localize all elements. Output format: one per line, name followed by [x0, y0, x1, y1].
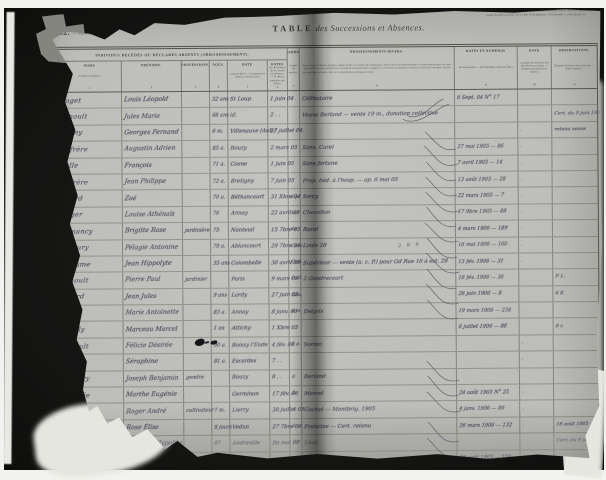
cell-certificat: .	[519, 302, 553, 318]
cell-lieu-deces: Annay	[229, 206, 269, 222]
cell-date-deces: 15 7bre 05	[269, 222, 289, 238]
cell-prenoms: Jean Hippolyte	[123, 256, 183, 272]
cell-certificat: .	[519, 188, 553, 204]
cell-age: 6 m.	[210, 124, 228, 140]
cell-date-deces: 17 fév. 06	[270, 386, 290, 402]
cell-age: 8 jours	[212, 419, 230, 435]
cell-observations	[553, 253, 598, 269]
cell-prenoms: Brigitte Rose	[123, 223, 183, 239]
cell-renseignements	[302, 320, 457, 336]
cell-lieu-deces: Boissy l'Eude	[230, 337, 270, 353]
cell-heritiers: 1er	[290, 435, 302, 450]
cell-prenoms: Séraphine	[124, 354, 184, 370]
cell-prenoms: Pélagie Antonine	[123, 239, 183, 255]
cell-prenoms: Marie Antoinette	[123, 305, 183, 321]
cell-lieu-deces: Bouligny	[231, 468, 271, 480]
cell-age: 87	[212, 436, 230, 452]
cell-certificat	[520, 319, 554, 335]
cell-certificat: .	[518, 155, 552, 171]
col-header-nombre-heritiers: NOMBRE et degré des héritiers. 7	[288, 48, 300, 90]
cell-certificat: .	[520, 384, 554, 400]
cell-lieu-deces: Lierry	[230, 403, 270, 419]
cell-age: 83 a.	[211, 305, 229, 321]
cell-certificat	[520, 434, 554, 450]
cell-date-deces: fin mai 05	[270, 435, 290, 451]
cell-profession	[184, 354, 212, 370]
cell-profession: jardinière	[183, 223, 211, 239]
cell-heritiers: Cult.	[289, 255, 301, 270]
cell-age: 70 a.	[211, 190, 229, 206]
cell-age: 84	[213, 469, 231, 480]
cell-date-deces: 27 7bre 06	[270, 419, 290, 435]
cell-heritiers: Gen.	[289, 288, 301, 303]
cell-observations	[553, 171, 598, 187]
col-header-prenoms: PRÉNOMS. 2	[122, 61, 182, 91]
cell-age: 75	[211, 223, 229, 239]
cell-renseignements: Célibataire	[300, 90, 455, 106]
cell-lieu-deces: Villenauxe (Aub.)	[228, 124, 268, 140]
cell-age	[212, 370, 230, 386]
cell-renseignements: Veuve Berland — vente 19 m., donation co…	[300, 106, 455, 122]
cell-lieu-deces: Lardy	[229, 288, 269, 304]
cell-heritiers: 6 m.	[289, 304, 301, 319]
cell-profession: jardinier	[183, 272, 211, 288]
cell-profession	[183, 239, 211, 255]
cell-lieu-deces: Colombelle	[229, 255, 269, 271]
successions-table: NUMÉROS d'ordre. INDIVIDUS DÉCÉDÉS OU DÉ…	[41, 43, 601, 480]
cell-date-deces: 29 7bre 04	[269, 239, 289, 255]
cell-profession	[182, 157, 210, 173]
cell-declaration: 22 mars 1905 — 7	[456, 188, 519, 204]
cell-lieu-deces: Annay	[229, 304, 269, 320]
col-header-observations: OBSERVATIONS. (Résultats ultérieurs des …	[552, 46, 597, 88]
cell-lieu-deces: Paris	[229, 272, 269, 288]
cell-certificat	[520, 368, 554, 384]
cell-certificat: .	[519, 204, 553, 220]
cell-declaration: 13 août 1905 — 28	[456, 172, 519, 188]
cell-lieu-deces: St Loup	[228, 91, 268, 107]
cell-prenoms: Jean Philippe	[123, 174, 183, 190]
cell-age: 76	[211, 206, 229, 222]
cell-observations	[552, 89, 597, 105]
cell-profession	[184, 420, 212, 436]
col-header-professions: PROFESSIONS. 3	[182, 61, 210, 91]
cell-prenoms: Félicie Désirée	[124, 338, 184, 354]
cell-declaration	[457, 434, 520, 450]
page-title: TABLE des Successions et Absences.	[272, 22, 424, 33]
cell-prenoms: Marthe Eugénie	[124, 387, 184, 403]
cell-heritiers: 5 p.	[290, 337, 302, 352]
cell-renseignements: Chevallon	[301, 205, 456, 221]
cell-profession	[185, 469, 213, 480]
cell-declaration: 6 Sept. 04 N° 17	[455, 90, 518, 106]
cell-date-deces: 27 juillet 04	[268, 124, 288, 140]
cell-date-deces: 1 Xbre 05	[270, 321, 290, 337]
cell-lieu-deces: Béthancourt	[229, 190, 269, 206]
cell-observations	[554, 368, 599, 384]
cell-renseignements: Luzy	[302, 434, 457, 450]
cell-date-deces: 2 . .	[268, 108, 288, 124]
cell-prenoms: François	[122, 158, 182, 174]
cell-date-deces: 30 avril 05	[269, 255, 289, 271]
cell-certificat: .	[520, 401, 554, 417]
cell-renseignements: Francine — Cert. retenu	[302, 418, 457, 434]
cell-lieu-deces: Germinon	[230, 386, 270, 402]
cell-renseignements	[301, 287, 456, 303]
cell-declaration: 4 mars 1906 — 189	[456, 221, 519, 237]
page-title-word: TABLE	[272, 23, 313, 33]
cell-lieu-deces: Andreville	[230, 436, 270, 452]
cell-declaration: 16 fév. 1906 — 36	[456, 270, 519, 286]
cell-prenoms: Louis Léopold	[122, 92, 182, 108]
cell-observations	[552, 138, 597, 154]
cell-profession	[184, 387, 212, 403]
cell-renseignements: Berland	[302, 369, 457, 385]
col-header-dates-declarations: DATES des déclarations de succession ou …	[268, 60, 288, 90]
cell-age	[211, 272, 229, 288]
cell-heritiers: Cure	[289, 239, 301, 254]
cell-declaration	[455, 122, 518, 138]
cell-prenoms: Pierre Paul	[123, 272, 183, 288]
cell-date-deces: 9 mars 05	[269, 272, 289, 288]
cell-observations	[554, 384, 599, 400]
col-header-renseignements: RENSEIGNEMENTS DIVERS. Après chaque décl…	[300, 47, 455, 90]
cell-date-deces: 2 mars 05	[268, 140, 288, 156]
cell-profession	[183, 174, 211, 190]
cell-prenoms: Roger André	[124, 403, 184, 419]
cell-date-deces: 7 . .	[270, 353, 290, 369]
cell-declaration: 27 mai 1905 — 86	[455, 139, 518, 155]
cell-profession	[182, 125, 210, 141]
cell-lieu-deces: id.	[228, 108, 268, 124]
cell-certificat: .	[520, 352, 554, 368]
cell-prenoms: Marceau Marcel	[124, 321, 184, 337]
cell-declaration: 16 mai 1906 — 160	[456, 237, 519, 253]
col-header-dates-numeros: DATES ET NUMÉROS des déclarations. — (En…	[455, 47, 518, 89]
cell-prenoms: Rose Élise	[124, 420, 184, 436]
cell-renseignements: 2 Gondrecourt	[301, 270, 456, 286]
cell-certificat: .	[520, 417, 554, 433]
table-body: 24 Auget Louis Léopold 52 ans St Loup 1 …	[42, 89, 600, 480]
cell-heritiers: 8	[290, 370, 302, 385]
cell-observations	[553, 220, 598, 236]
cell-lieu-deces: Nanteuil	[229, 222, 269, 238]
cell-renseignements: .	[300, 123, 455, 139]
cell-prenoms: Louise Athénaïs	[123, 207, 183, 223]
cell-declaration	[457, 352, 520, 368]
cell-date-deces: 4 fév. 06	[270, 337, 290, 353]
cell-lieu-deces: Attichy	[230, 321, 270, 337]
cell-profession: cultivateur	[184, 403, 212, 419]
cell-date-deces: 8 . .	[270, 370, 290, 386]
cell-heritiers: Cult.	[289, 271, 301, 286]
cell-lieu-deces: Cosne	[228, 157, 268, 173]
cell-age: 90 a.	[212, 337, 230, 353]
cell-prenoms: Jules Marie	[122, 108, 182, 124]
cell-age: 7 m.	[212, 403, 230, 419]
cell-prenoms: Joseph Benjamin	[124, 371, 184, 387]
cell-declaration: 17 9bre 1905 — 88	[456, 204, 519, 220]
cell-observations: P. L.	[553, 269, 598, 285]
cell-declaration: 19 mars 1906 — 234	[456, 303, 519, 319]
cell-profession	[182, 141, 210, 157]
cell-lieu-deces: Vedun	[230, 419, 270, 435]
cell-nom: Auget	[58, 92, 122, 108]
cell-heritiers: 6 p.	[289, 189, 301, 204]
cell-certificat: .	[518, 139, 552, 155]
cell-observations	[553, 204, 598, 220]
cell-age: 81 a.	[212, 354, 230, 370]
cell-date-deces: 1 juin 04	[268, 91, 288, 107]
cell-certificat: .	[518, 122, 552, 138]
cell-date-deces: 7 juin 05	[269, 173, 289, 189]
cell-date-deces: 30 juillet 05	[270, 403, 290, 419]
cell-certificat: .	[519, 220, 553, 236]
cell-certificat	[518, 106, 552, 122]
cell-renseignements: Sorcy	[301, 188, 456, 204]
cell-certificat	[519, 286, 553, 302]
cell-renseignements: Supérieur — vente (a. c. P.) pour Gd Rue…	[301, 254, 456, 270]
cell-renseignements: Prop. héd. à l'hosp. — ap. 6 mai 05	[301, 172, 456, 188]
cell-renseignements: Gachet — Montbrig. 1905	[302, 401, 457, 417]
cell-heritiers	[288, 108, 300, 123]
cell-observations: Cert. du 9 juin 1905 N° 26 fol. 1905	[552, 105, 597, 121]
cell-observations	[554, 351, 599, 367]
cell-lieu-deces: Bouzy	[230, 370, 270, 386]
screenshot-stage: N° 62. — Janvier 1906. TABLE des Success…	[0, 0, 606, 480]
cell-prenoms: Marguerite Céline	[125, 469, 185, 480]
cell-lieu-deces: Ablancourt	[229, 239, 269, 255]
col-header-ages: ÂGES. 4	[210, 61, 228, 91]
cell-lieu-deces: Bretigny	[229, 173, 269, 189]
cell-declaration	[455, 106, 518, 122]
cell-observations	[554, 400, 599, 416]
cell-profession	[183, 305, 211, 321]
cell-profession	[183, 256, 211, 272]
cell-observations	[552, 155, 597, 171]
cell-observations: 6 E.	[553, 286, 598, 302]
cell-certificat	[518, 89, 552, 105]
cell-certificat: .	[519, 253, 553, 269]
cell-renseignements: Louis 28	[301, 238, 456, 254]
scanned-register-page: N° 62. — Janvier 1906. TABLE des Success…	[34, 6, 603, 472]
cell-observations	[553, 187, 598, 203]
col-header-date-deces: DATE et lieu du décès. — (Commune où l'a…	[228, 60, 268, 90]
cell-declaration: 26 mars 1906 — 132	[457, 417, 520, 433]
cell-lieu-deces: Bouzy	[228, 141, 268, 157]
cell-renseignements: Sans. Carel	[300, 139, 455, 155]
cell-date-deces: 22 avril 05	[269, 206, 289, 222]
cell-renseignements	[302, 352, 457, 368]
cell-renseignements: Delgris	[301, 303, 456, 319]
cell-certificat: .	[519, 171, 553, 187]
cell-declaration: 7 avril 1905 — 14	[455, 155, 518, 171]
cell-profession	[183, 206, 211, 222]
cell-prenoms: Zoé	[123, 190, 183, 206]
cell-profession	[182, 108, 210, 124]
cell-age: 52 ans	[210, 92, 228, 108]
col-header-date-certificats: DATE à laquelle les certificats ont été …	[518, 46, 552, 88]
cell-declaration: 4 janv. 1906 — 86	[457, 401, 520, 417]
cell-age: 79 a.	[211, 239, 229, 255]
cell-certificat: .	[519, 237, 553, 253]
cell-age: 71 a.	[210, 157, 228, 173]
cell-profession	[183, 190, 211, 206]
cell-age: 1 an	[212, 321, 230, 337]
cell-profession	[184, 321, 212, 337]
cell-declaration	[457, 335, 520, 351]
cell-age	[212, 387, 230, 403]
cell-age: 72 a.	[211, 174, 229, 190]
cell-date-deces: 27 juin 05	[269, 288, 289, 304]
cell-age: 85 a.	[210, 141, 228, 157]
cell-date-deces: 1 juin 05	[268, 157, 288, 173]
cell-lieu-deces: Escardes	[230, 354, 270, 370]
cell-prenoms: Augustin Adrien	[122, 141, 182, 157]
cell-observations	[553, 302, 598, 318]
cell-age: 9 ans	[211, 288, 229, 304]
cell-renseignements: Sornin	[302, 336, 457, 352]
cell-date-deces: 31 Xbre 04	[269, 190, 289, 206]
cell-certificat: .	[520, 335, 554, 351]
cell-declaration	[457, 368, 520, 384]
cell-observations	[553, 237, 598, 253]
cell-observations: 8 r.	[554, 319, 599, 335]
cell-profession	[184, 436, 212, 452]
cell-profession	[183, 288, 211, 304]
cell-renseignements: Sans fortune	[300, 156, 455, 172]
cell-declaration: 6 juillet 1906 — 88	[457, 319, 520, 335]
cell-certificat	[519, 270, 553, 286]
cell-observations: retenu veuve	[552, 122, 597, 138]
cell-profession: gendre	[184, 370, 212, 386]
cell-declaration: 26 juin 1906 — 8	[456, 286, 519, 302]
page-title-rest: des Successions et Absences.	[315, 22, 424, 33]
cell-observations	[554, 335, 599, 351]
cell-prenoms: Georges Fernand	[122, 125, 182, 141]
table-header: NUMÉROS d'ordre. INDIVIDUS DÉCÉDÉS OU DÉ…	[42, 46, 597, 93]
cell-declaration: 13 fév. 1906 — 31	[456, 254, 519, 270]
cell-renseignements: Marcel	[302, 385, 457, 401]
cell-age: 68 ans	[210, 108, 228, 124]
cell-date-deces: 8 janv. 06	[269, 304, 289, 320]
cell-declaration: 24 août 1905 N° 25	[457, 385, 520, 401]
cell-age: 35 ans	[211, 256, 229, 272]
cell-renseignements: Rural	[301, 221, 456, 237]
cell-heritiers	[290, 353, 302, 368]
cell-prenoms: Jean Jules	[123, 289, 183, 305]
cell-profession	[182, 92, 210, 108]
